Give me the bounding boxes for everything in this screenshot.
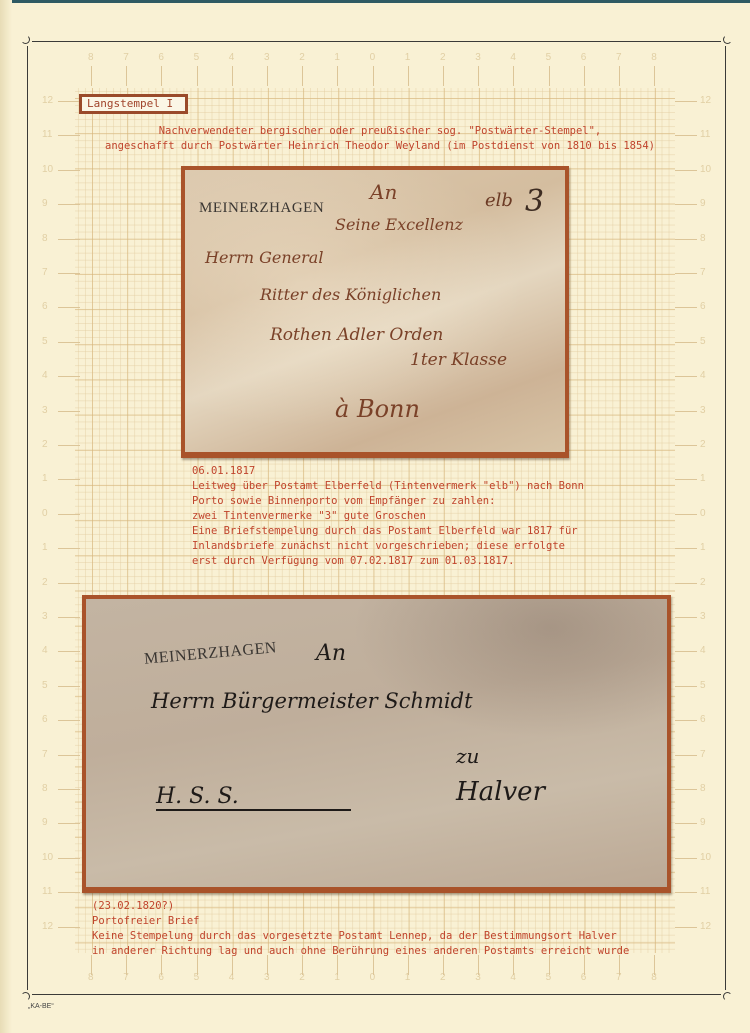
scale-tick: [675, 411, 697, 412]
scale-tick: [91, 66, 92, 86]
scale-number: 1: [42, 473, 48, 484]
scale-tick: [58, 755, 80, 756]
scale-number: 1: [405, 52, 411, 63]
scale-number: 5: [194, 52, 200, 63]
scale-number: 3: [700, 405, 706, 416]
scale-tick: [408, 66, 409, 86]
scale-tick: [654, 66, 655, 86]
scale-tick: [58, 858, 80, 859]
scale-number: 8: [651, 52, 657, 63]
scale-number: 10: [42, 164, 53, 175]
scale-tick: [58, 927, 80, 928]
caption-line: Portofreier Brief: [92, 914, 629, 929]
caption-line: zwei Tintenvermerke "3" gute Groschen: [192, 509, 584, 524]
scale-tick: [161, 66, 162, 86]
scale-number: 6: [42, 714, 48, 725]
scale-number: 4: [510, 52, 516, 63]
scale-number: 5: [700, 336, 706, 347]
caption-line: erst durch Verfügung vom 07.02.1817 zum …: [192, 554, 584, 569]
top-edge: [0, 0, 750, 3]
scale-tick: [58, 479, 80, 480]
meinerzhagen-stamp: MEINERZHAGEN: [199, 200, 324, 217]
scale-number: 8: [700, 783, 706, 794]
scale-number: 0: [42, 508, 48, 519]
scale-number: 6: [158, 52, 164, 63]
scale-number: 7: [700, 749, 706, 760]
scale-tick: [675, 686, 697, 687]
scale-number: 7: [123, 52, 129, 63]
caption-line: 06.01.1817: [192, 464, 584, 479]
scale-number: 5: [700, 680, 706, 691]
intro-text: Nachverwendeter bergischer oder preußisc…: [80, 124, 680, 154]
scale-tick: [197, 66, 198, 86]
caption-line: Porto sowie Binnenporto vom Empfänger zu…: [192, 494, 584, 509]
scale-tick: [675, 755, 697, 756]
scale-tick: [58, 135, 80, 136]
address-line: Halver: [456, 777, 545, 807]
scale-number: 0: [700, 508, 706, 519]
route-mark: elb: [485, 190, 513, 211]
caption-line: in anderer Richtung lag und auch ohne Be…: [92, 944, 629, 959]
caption-line: Leitweg über Postamt Elberfeld (Tintenve…: [192, 479, 584, 494]
scale-tick: [443, 66, 444, 86]
scale-tick: [58, 273, 80, 274]
scale-number: 5: [42, 680, 48, 691]
scale-tick: [58, 892, 80, 893]
scale-tick: [675, 376, 697, 377]
address-line: zu: [456, 744, 479, 768]
scale-tick: [126, 66, 127, 86]
scale-tick: [58, 823, 80, 824]
scale-number: 7: [42, 749, 48, 760]
scale-number: 7: [700, 267, 706, 278]
scale-number: 11: [700, 129, 710, 140]
scale-number: 7: [616, 52, 622, 63]
scale-tick: [675, 204, 697, 205]
scale-number: 2: [440, 52, 446, 63]
scale-number: 4: [42, 645, 48, 656]
franking-note: H. S. S.: [156, 784, 351, 811]
scale-number: 3: [264, 52, 270, 63]
scale-tick: [675, 307, 697, 308]
scale-number: 1: [700, 542, 706, 553]
scale-number: 3: [700, 611, 706, 622]
scale-number: 4: [700, 370, 706, 381]
scale-number: 10: [42, 852, 53, 863]
scale-tick: [675, 445, 697, 446]
scale-number: 6: [700, 714, 706, 725]
scale-tick: [58, 204, 80, 205]
intro-line: angeschafft durch Postwärter Heinrich Th…: [80, 139, 680, 154]
scale-tick: [58, 583, 80, 584]
scale-tick: [58, 686, 80, 687]
caption-line: (23.02.1820?): [92, 899, 629, 914]
scale-tick: [58, 789, 80, 790]
scale-number: 1: [42, 542, 48, 553]
address-line: Seine Excellenz: [335, 215, 463, 234]
page-left-edge: [0, 0, 12, 1033]
scale-tick: [373, 66, 374, 86]
scale-tick: [549, 66, 550, 86]
scale-tick: [619, 66, 620, 86]
scale-tick: [675, 583, 697, 584]
scale-tick: [675, 239, 697, 240]
publisher-mark: „KA-BE“: [28, 1003, 54, 1010]
scale-number: 3: [42, 611, 48, 622]
scale-number: 7: [42, 267, 48, 278]
scale-number: 1: [700, 473, 706, 484]
scale-tick: [58, 548, 80, 549]
scale-tick: [675, 789, 697, 790]
scale-number: 9: [700, 198, 706, 209]
scale-tick: [58, 376, 80, 377]
scale-number: 6: [581, 52, 587, 63]
scale-tick: [302, 66, 303, 86]
scale-tick: [232, 66, 233, 86]
scale-tick: [478, 66, 479, 86]
scale-tick: [675, 927, 697, 928]
address-line: Ritter des Königlichen: [260, 285, 441, 304]
scale-number: 3: [475, 52, 481, 63]
scale-tick: [58, 445, 80, 446]
scale-tick: [58, 514, 80, 515]
scale-tick: [675, 651, 697, 652]
cover-2-mount: MEINERZHAGEN An Herrn Bürgermeister Schm…: [82, 595, 671, 893]
scale-tick: [584, 66, 585, 86]
scale-tick: [58, 411, 80, 412]
address-line: An: [370, 180, 397, 204]
scale-number: 9: [42, 198, 48, 209]
scale-tick: [675, 548, 697, 549]
rate-mark: 3: [525, 184, 544, 219]
scale-number: 6: [700, 301, 706, 312]
scale-number: 9: [700, 817, 706, 828]
scale-number: 3: [42, 405, 48, 416]
address-line: à Bonn: [335, 395, 420, 423]
meinerzhagen-stamp: MEINERZHAGEN: [143, 639, 277, 669]
cover-2-letter: MEINERZHAGEN An Herrn Bürgermeister Schm…: [86, 599, 667, 887]
scale-number: 0: [370, 52, 376, 63]
cover-1-letter: MEINERZHAGEN 3 elb An Seine Excellenz He…: [185, 170, 565, 452]
scale-tick: [513, 66, 514, 86]
cover-1-mount: MEINERZHAGEN 3 elb An Seine Excellenz He…: [181, 166, 569, 458]
scale-number: 2: [700, 577, 706, 588]
scale-number: 9: [42, 817, 48, 828]
scale-number: 10: [700, 852, 711, 863]
scale-number: 2: [42, 439, 48, 450]
cover-1-caption: 06.01.1817Leitweg über Postamt Elberfeld…: [192, 464, 584, 569]
scale-tick: [58, 307, 80, 308]
scale-tick: [675, 514, 697, 515]
scale-number: 6: [42, 301, 48, 312]
scale-tick: [675, 101, 697, 102]
scale-tick: [58, 170, 80, 171]
scale-tick: [675, 720, 697, 721]
page-title: Langstempel I: [79, 94, 188, 114]
address-line: Herrn Bürgermeister Schmidt: [151, 689, 473, 713]
scale-number: 2: [299, 52, 305, 63]
scale-number: 2: [42, 577, 48, 588]
scale-tick: [58, 617, 80, 618]
intro-line: Nachverwendeter bergischer oder preußisc…: [80, 124, 680, 139]
scale-number: 8: [700, 233, 706, 244]
frame-corner-ornament: [721, 990, 730, 999]
scale-number: 11: [42, 129, 52, 140]
scale-number: 12: [42, 921, 53, 932]
frame-corner-ornament: [23, 37, 32, 46]
scale-tick: [675, 823, 697, 824]
scale-number: 5: [42, 336, 48, 347]
frame-corner-ornament: [23, 990, 32, 999]
cover-2-caption: (23.02.1820?)Portofreier BriefKeine Stem…: [92, 899, 629, 959]
scale-tick: [675, 892, 697, 893]
scale-number: 8: [42, 783, 48, 794]
scale-tick: [58, 720, 80, 721]
scale-tick: [675, 342, 697, 343]
scale-tick: [654, 955, 655, 975]
address-line: An: [316, 641, 346, 666]
scale-number: 4: [42, 370, 48, 381]
address-line: 1ter Klasse: [410, 350, 507, 370]
scale-number: 12: [700, 921, 711, 932]
scale-tick: [675, 617, 697, 618]
scale-number: 4: [229, 52, 235, 63]
scale-tick: [675, 273, 697, 274]
scale-tick: [675, 858, 697, 859]
caption-line: Eine Briefstempelung durch das Postamt E…: [192, 524, 584, 539]
scale-number: 1: [334, 52, 340, 63]
scale-number: 12: [700, 95, 711, 106]
scale-number: 4: [700, 645, 706, 656]
caption-line: Inlandsbriefe zunächst nicht vorgeschrie…: [192, 539, 584, 554]
address-line: Rothen Adler Orden: [270, 325, 443, 345]
scale-tick: [675, 479, 697, 480]
scale-number: 11: [42, 886, 52, 897]
scale-tick: [675, 170, 697, 171]
scale-number: 11: [700, 886, 710, 897]
scale-tick: [58, 101, 80, 102]
scale-tick: [267, 66, 268, 86]
scale-tick: [58, 342, 80, 343]
scale-number: 8: [42, 233, 48, 244]
scale-tick: [58, 651, 80, 652]
scale-tick: [337, 66, 338, 86]
scale-number: 10: [700, 164, 711, 175]
scale-number: 8: [88, 52, 94, 63]
caption-line: Keine Stempelung durch das vorgesetzte P…: [92, 929, 629, 944]
scale-number: 12: [42, 95, 53, 106]
frame-corner-ornament: [721, 37, 730, 46]
scale-number: 5: [546, 52, 552, 63]
address-line: Herrn General: [205, 248, 323, 267]
scale-number: 2: [700, 439, 706, 450]
scale-tick: [58, 239, 80, 240]
